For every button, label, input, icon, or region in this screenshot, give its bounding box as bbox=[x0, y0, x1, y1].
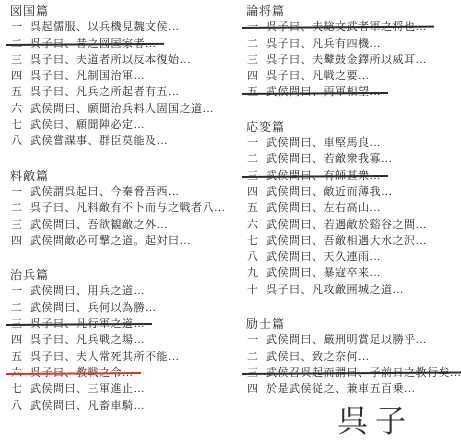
item-number: 二 bbox=[246, 36, 259, 52]
item-text: 呉子曰、教戦之令… bbox=[30, 365, 134, 381]
section-header: 励士篇 bbox=[246, 316, 458, 332]
item-number: 四 bbox=[10, 332, 23, 348]
item-text: 武侯曰、致之奈何… bbox=[266, 349, 370, 365]
section-header: 図国篇 bbox=[10, 3, 240, 19]
item-text: 武侯問曰、両軍相望… bbox=[266, 84, 381, 100]
item-number: 一 bbox=[246, 135, 259, 151]
toc-item: 一武侯問曰、厳刑明賞足以勝乎… bbox=[246, 332, 427, 348]
toc-item: 一武侯問曰、用兵之道… bbox=[10, 283, 145, 299]
item-text: 呉子曰、夫道者所以反本復始… bbox=[30, 52, 191, 68]
item-text: 呉起儒服、以兵機見魏文侯… bbox=[30, 19, 180, 35]
item-text: 呉子曰、昔之図国家者… bbox=[30, 36, 157, 52]
toc-item: 四武侯問曰、敵近而薄我… bbox=[246, 184, 393, 200]
toc-item: 四呉子曰、凡制国治軍… bbox=[10, 68, 145, 84]
item-number: 四 bbox=[246, 184, 259, 200]
item-text: 武侯問曰、敵近而薄我… bbox=[266, 184, 393, 200]
toc-item: 七武侯曰、願聞陣必定… bbox=[10, 117, 145, 133]
item-number: 五 bbox=[10, 84, 23, 100]
section-header: 料敵篇 bbox=[10, 168, 240, 184]
item-text: 武侯問曰、凡畜車騎… bbox=[30, 398, 145, 414]
item-number: 二 bbox=[10, 36, 23, 52]
item-number: 五 bbox=[246, 200, 259, 216]
toc-item-struck: 二呉子曰、昔之図国家者… bbox=[10, 36, 157, 52]
item-text: 武侯召呉起而謂曰、子前日之教行矣… bbox=[266, 365, 461, 381]
toc-item: 三呉子曰、夫道者所以反本復始… bbox=[10, 52, 191, 68]
item-text: 武侯問曰、吾敵相遇大水之沢… bbox=[266, 233, 427, 249]
toc-section: 応変篇一武侯問曰、車堅馬良…二武侯問曰、若敵衆我寡…三武侯問曰、有師甚衆…四武侯… bbox=[246, 119, 458, 298]
item-number: 七 bbox=[10, 117, 23, 133]
item-number: 四 bbox=[10, 68, 23, 84]
item-number: 四 bbox=[10, 233, 23, 249]
item-text: 武侯問曰、三軍進止… bbox=[30, 381, 145, 397]
item-number: 一 bbox=[246, 332, 259, 348]
toc-item: 七武侯問曰、吾敵相遇大水之沢… bbox=[246, 233, 427, 249]
toc-item: 六武侯問曰、願聞治兵料人固国之道… bbox=[10, 101, 214, 117]
toc-item: 一呉起儒服、以兵機見魏文侯… bbox=[10, 19, 180, 35]
item-number: 三 bbox=[246, 168, 259, 184]
item-text: 武侯問曰、用兵之道… bbox=[30, 283, 145, 299]
toc-item: 九武侯問曰、暴寇卒来… bbox=[246, 265, 381, 281]
toc-item: 四武侯問敵必可撃之道。起対曰… bbox=[10, 233, 191, 249]
item-text: 武侯嘗謀事、群臣莫能及… bbox=[30, 133, 168, 149]
toc-item: 四呉子曰、凡兵戦之場… bbox=[10, 332, 145, 348]
toc-item: 五武侯問曰、左右高山… bbox=[246, 200, 381, 216]
item-number: 一 bbox=[246, 19, 259, 35]
toc-item-struck: 三武侯召呉起而謂曰、子前日之教行矣… bbox=[246, 365, 458, 381]
item-text: 呉子曰、凡兵有四機… bbox=[266, 36, 381, 52]
item-number: 五 bbox=[10, 349, 23, 365]
item-number: 二 bbox=[10, 300, 23, 316]
toc-item-struck: 三武侯問曰、有師甚衆… bbox=[246, 168, 381, 184]
item-text: 武侯問曰、願聞治兵料人固国之道… bbox=[30, 101, 214, 117]
item-number: 五 bbox=[246, 84, 259, 100]
toc-item: 八武侯問曰、天久連雨… bbox=[246, 249, 381, 265]
book-title: 呉子 bbox=[337, 396, 413, 440]
toc-item: 二武侯曰、致之奈何… bbox=[246, 349, 370, 365]
item-text: 武侯問曰、天久連雨… bbox=[266, 249, 381, 265]
item-number: 三 bbox=[10, 52, 23, 68]
item-text: 武侯問曰、有師甚衆… bbox=[266, 168, 381, 184]
item-number: 八 bbox=[246, 249, 259, 265]
item-number: 三 bbox=[246, 365, 259, 381]
item-text: 武侯問曰、厳刑明賞足以勝乎… bbox=[266, 332, 427, 348]
item-text: 呉子曰、凡料敵有不卜而与之戦者八… bbox=[30, 200, 226, 216]
toc-section: 励士篇一武侯問曰、厳刑明賞足以勝乎…二武侯曰、致之奈何…三武侯召呉起而謂曰、子前… bbox=[246, 316, 458, 397]
toc-item: 十呉子曰、凡攻敵囲城之道… bbox=[246, 282, 404, 298]
toc-item: 八武侯問曰、凡畜車騎… bbox=[10, 398, 145, 414]
toc-item: 六武侯問曰、若遇敵於谿谷之間… bbox=[246, 217, 427, 233]
toc-item: 二呉子曰、凡料敵有不卜而与之戦者八… bbox=[10, 200, 226, 216]
item-text: 武侯曰、願聞陣必定… bbox=[30, 117, 145, 133]
item-text: 武侯問曰、若敵衆我寡… bbox=[266, 151, 393, 167]
toc-item: 一武侯謂呉起曰、今秦脅吾西… bbox=[10, 184, 180, 200]
item-text: 呉子曰、凡制国治軍… bbox=[30, 68, 145, 84]
toc-section: 料敵篇一武侯謂呉起曰、今秦脅吾西…二呉子曰、凡料敵有不卜而与之戦者八…三武侯問曰… bbox=[10, 168, 240, 249]
item-number: 六 bbox=[10, 101, 23, 117]
item-number: 九 bbox=[246, 265, 259, 281]
item-number: 二 bbox=[246, 349, 259, 365]
item-number: 七 bbox=[246, 233, 259, 249]
toc-item: 二武侯問曰、若敵衆我寡… bbox=[246, 151, 393, 167]
item-text: 呉子曰、夫鼙鼓金鐸所以威耳… bbox=[266, 52, 427, 68]
toc-section: 論将篇一呉子曰、夫総文武者軍之将也…二呉子曰、凡兵有四機…三呉子曰、夫鼙鼓金鐸所… bbox=[246, 3, 458, 101]
item-number: 六 bbox=[246, 217, 259, 233]
item-number: 七 bbox=[10, 381, 23, 397]
item-number: 三 bbox=[10, 217, 23, 233]
item-text: 武侯謂呉起曰、今秦脅吾西… bbox=[30, 184, 180, 200]
item-text: 武侯問曰、暴寇卒来… bbox=[266, 265, 381, 281]
section-header: 応変篇 bbox=[246, 119, 458, 135]
item-text: 武侯問敵必可撃之道。起対曰… bbox=[30, 233, 191, 249]
toc-item-struck: 三呉子曰、凡行軍之道… bbox=[10, 316, 145, 332]
toc-item: 一武侯問曰、車堅馬良… bbox=[246, 135, 381, 151]
item-text: 呉子曰、凡行軍之道… bbox=[30, 316, 145, 332]
toc-item: 二呉子曰、凡兵有四機… bbox=[246, 36, 381, 52]
toc-item: 八武侯嘗謀事、群臣莫能及… bbox=[10, 133, 168, 149]
item-text: 武侯問曰、若遇敵於谿谷之間… bbox=[266, 217, 427, 233]
toc-item-struck: 一呉子曰、夫総文武者軍之将也… bbox=[246, 19, 427, 35]
item-text: 呉子曰、凡兵之所起者有五… bbox=[30, 84, 180, 100]
item-number: 一 bbox=[10, 283, 23, 299]
toc-item-struck: 五武侯問曰、両軍相望… bbox=[246, 84, 381, 100]
toc-section: 治兵篇一武侯問曰、用兵之道…二武侯問曰、兵何以為勝…三呉子曰、凡行軍之道…四呉子… bbox=[10, 267, 240, 414]
toc-item: 三呉子曰、夫鼙鼓金鐸所以威耳… bbox=[246, 52, 427, 68]
toc-section: 図国篇一呉起儒服、以兵機見魏文侯…二呉子曰、昔之図国家者…三呉子曰、夫道者所以反… bbox=[10, 3, 240, 150]
item-text: 呉子曰、凡戦之要… bbox=[266, 68, 370, 84]
item-text: 呉子曰、凡攻敵囲城之道… bbox=[266, 282, 404, 298]
item-text: 呉子曰、夫人常死其所不能… bbox=[30, 349, 180, 365]
toc-item: 三武侯問曰、吾欲観敵之外… bbox=[10, 217, 168, 233]
item-text: 武侯問曰、吾欲観敵之外… bbox=[30, 217, 168, 233]
item-text: 武侯問曰、左右高山… bbox=[266, 200, 381, 216]
item-text: 呉子曰、凡兵戦之場… bbox=[30, 332, 145, 348]
item-number: 十 bbox=[246, 282, 259, 298]
item-number: 一 bbox=[10, 184, 23, 200]
item-text: 武侯問曰、車堅馬良… bbox=[266, 135, 381, 151]
section-header: 治兵篇 bbox=[10, 267, 240, 283]
item-number: 一 bbox=[10, 19, 23, 35]
item-number: 三 bbox=[246, 52, 259, 68]
item-number: 八 bbox=[10, 133, 23, 149]
item-number: 六 bbox=[10, 365, 23, 381]
item-number: 四 bbox=[246, 381, 259, 397]
item-number: 二 bbox=[246, 151, 259, 167]
item-text: 武侯問曰、兵何以為勝… bbox=[30, 300, 157, 316]
item-number: 三 bbox=[10, 316, 23, 332]
item-number: 八 bbox=[10, 398, 23, 414]
item-number: 四 bbox=[246, 68, 259, 84]
toc-item: 五呉子曰、夫人常死其所不能… bbox=[10, 349, 180, 365]
toc-item-struck: 六呉子曰、教戦之令… bbox=[10, 365, 134, 381]
toc-item: 四呉子曰、凡戦之要… bbox=[246, 68, 370, 84]
toc-item: 五呉子曰、凡兵之所起者有五… bbox=[10, 84, 180, 100]
column-right: 論将篇一呉子曰、夫総文武者軍之将也…二呉子曰、凡兵有四機…三呉子曰、夫鼙鼓金鐸所… bbox=[246, 3, 458, 398]
section-header: 論将篇 bbox=[246, 3, 458, 19]
item-text: 呉子曰、夫総文武者軍之将也… bbox=[266, 19, 427, 35]
column-left: 図国篇一呉起儒服、以兵機見魏文侯…二呉子曰、昔之図国家者…三呉子曰、夫道者所以反… bbox=[10, 3, 240, 414]
toc-item: 二武侯問曰、兵何以為勝… bbox=[10, 300, 157, 316]
toc-item: 七武侯問曰、三軍進止… bbox=[10, 381, 145, 397]
item-number: 二 bbox=[10, 200, 23, 216]
